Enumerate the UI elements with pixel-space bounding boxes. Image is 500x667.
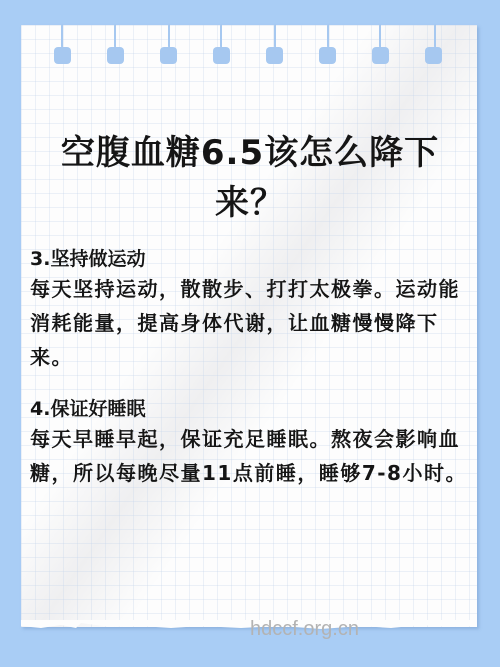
page-title: 空腹血糖6.5该怎么降下来？ — [30, 128, 470, 228]
section-heading: 3.坚持做运动 — [30, 246, 470, 272]
section-body: 每天早睡早起，保证充足睡眠。熬夜会影响血糖，所以每晚尽量11点前睡，睡够7-8小… — [30, 422, 470, 490]
ring-icon — [425, 47, 442, 64]
ring-icon — [213, 47, 230, 64]
spiral-binding — [0, 0, 500, 70]
ring-wire-icon — [220, 24, 224, 48]
section-sleep: 4.保证好睡眠 每天早睡早起，保证充足睡眠。熬夜会影响血糖，所以每晚尽量11点前… — [30, 396, 470, 490]
ring-icon — [319, 47, 336, 64]
section-exercise: 3.坚持做运动 每天坚持运动，散散步、打打太极拳。运动能消耗能量，提高身体代谢，… — [30, 246, 470, 374]
ring-icon — [372, 47, 389, 64]
ring-wire-icon — [434, 24, 438, 48]
ring-icon — [160, 47, 177, 64]
ring-wire-icon — [168, 24, 172, 48]
ring-wire-icon — [114, 24, 118, 48]
watermark: hdccf.org.cn — [250, 618, 359, 641]
ring-icon — [266, 47, 283, 64]
ring-wire-icon — [379, 24, 383, 48]
section-body: 每天坚持运动，散散步、打打太极拳。运动能消耗能量，提高身体代谢，让血糖慢慢降下来… — [30, 272, 470, 374]
ring-icon — [107, 47, 124, 64]
torn-edge — [21, 620, 477, 634]
ring-wire-icon — [61, 24, 65, 48]
section-heading: 4.保证好睡眠 — [30, 396, 470, 422]
ring-icon — [54, 47, 71, 64]
ring-wire-icon — [274, 24, 278, 48]
ring-wire-icon — [327, 24, 331, 48]
